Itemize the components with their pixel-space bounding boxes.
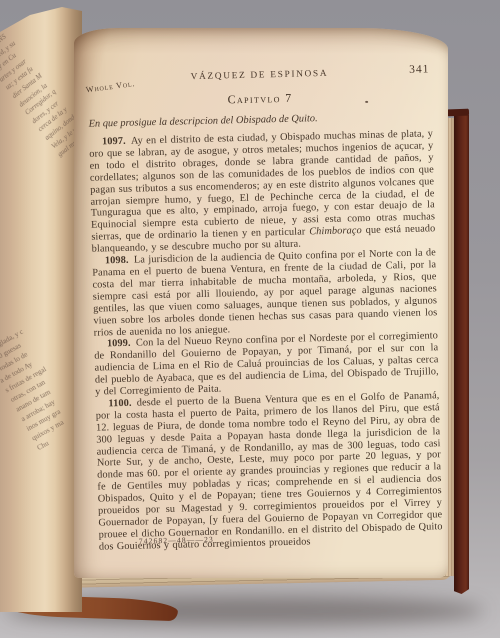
italic-term: Chimboraço	[309, 225, 362, 237]
margin-note-whole-vol: Whole Vol.	[85, 79, 135, 94]
book-cover-right	[454, 112, 469, 594]
right-page: Whole Vol. VÁZQUEZ DE ESPINOSA 341 Capit…	[74, 28, 448, 578]
book-cover-top-edge	[447, 109, 469, 117]
chapter-heading: Capitvlo 7	[88, 87, 432, 110]
text-block: 1097. Ay en el distrito de esta ciudad, …	[89, 128, 443, 553]
paragraph-number: 1098.	[105, 255, 134, 267]
paragraph-text: Con la del Nueuo Reyno confina por el No…	[94, 331, 439, 398]
paragraph-1097: 1097. Ay en el distrito de esta ciudad, …	[89, 128, 436, 255]
printer-mark: 742682—48——23	[139, 535, 214, 546]
paragraph-number: 1097.	[102, 136, 131, 148]
running-header: Whole Vol. VÁZQUEZ DE ESPINOSA 341	[87, 66, 431, 84]
running-header-title: VÁZQUEZ DE ESPINOSA	[191, 69, 329, 82]
paragraph-1100: 1100. desde el puerto de la Buena Ventur…	[95, 390, 443, 553]
paragraph-1099: 1099. Con la del Nueuo Reyno confina por…	[94, 331, 439, 399]
paragraph-text: desde el puerto de la Buena Ventura que …	[96, 390, 443, 552]
left-page-fragments-bottom: da, reglada, y cal 20 guesasy todas lo d…	[0, 275, 82, 454]
paragraph-1098: 1098. La jurisdicion de la audiencia de …	[92, 247, 438, 339]
page-number: 341	[409, 63, 430, 75]
paragraph-number: 1099.	[107, 338, 136, 350]
ink-speck	[365, 101, 368, 103]
chapter-subtitle: En que prosigue la descripcion del Obisp…	[88, 110, 432, 129]
left-page-fragments-top: LECTIONSMerced, y suia y en Cuartes y os…	[0, 0, 82, 161]
left-page: LECTIONSMerced, y suia y en Cuartes y os…	[0, 0, 82, 612]
paragraph-number: 1100.	[108, 398, 137, 410]
page-content: Whole Vol. VÁZQUEZ DE ESPINOSA 341 Capit…	[86, 20, 443, 578]
paragraph-text: La jurisdicion de la audiencia de Quito …	[92, 247, 437, 338]
